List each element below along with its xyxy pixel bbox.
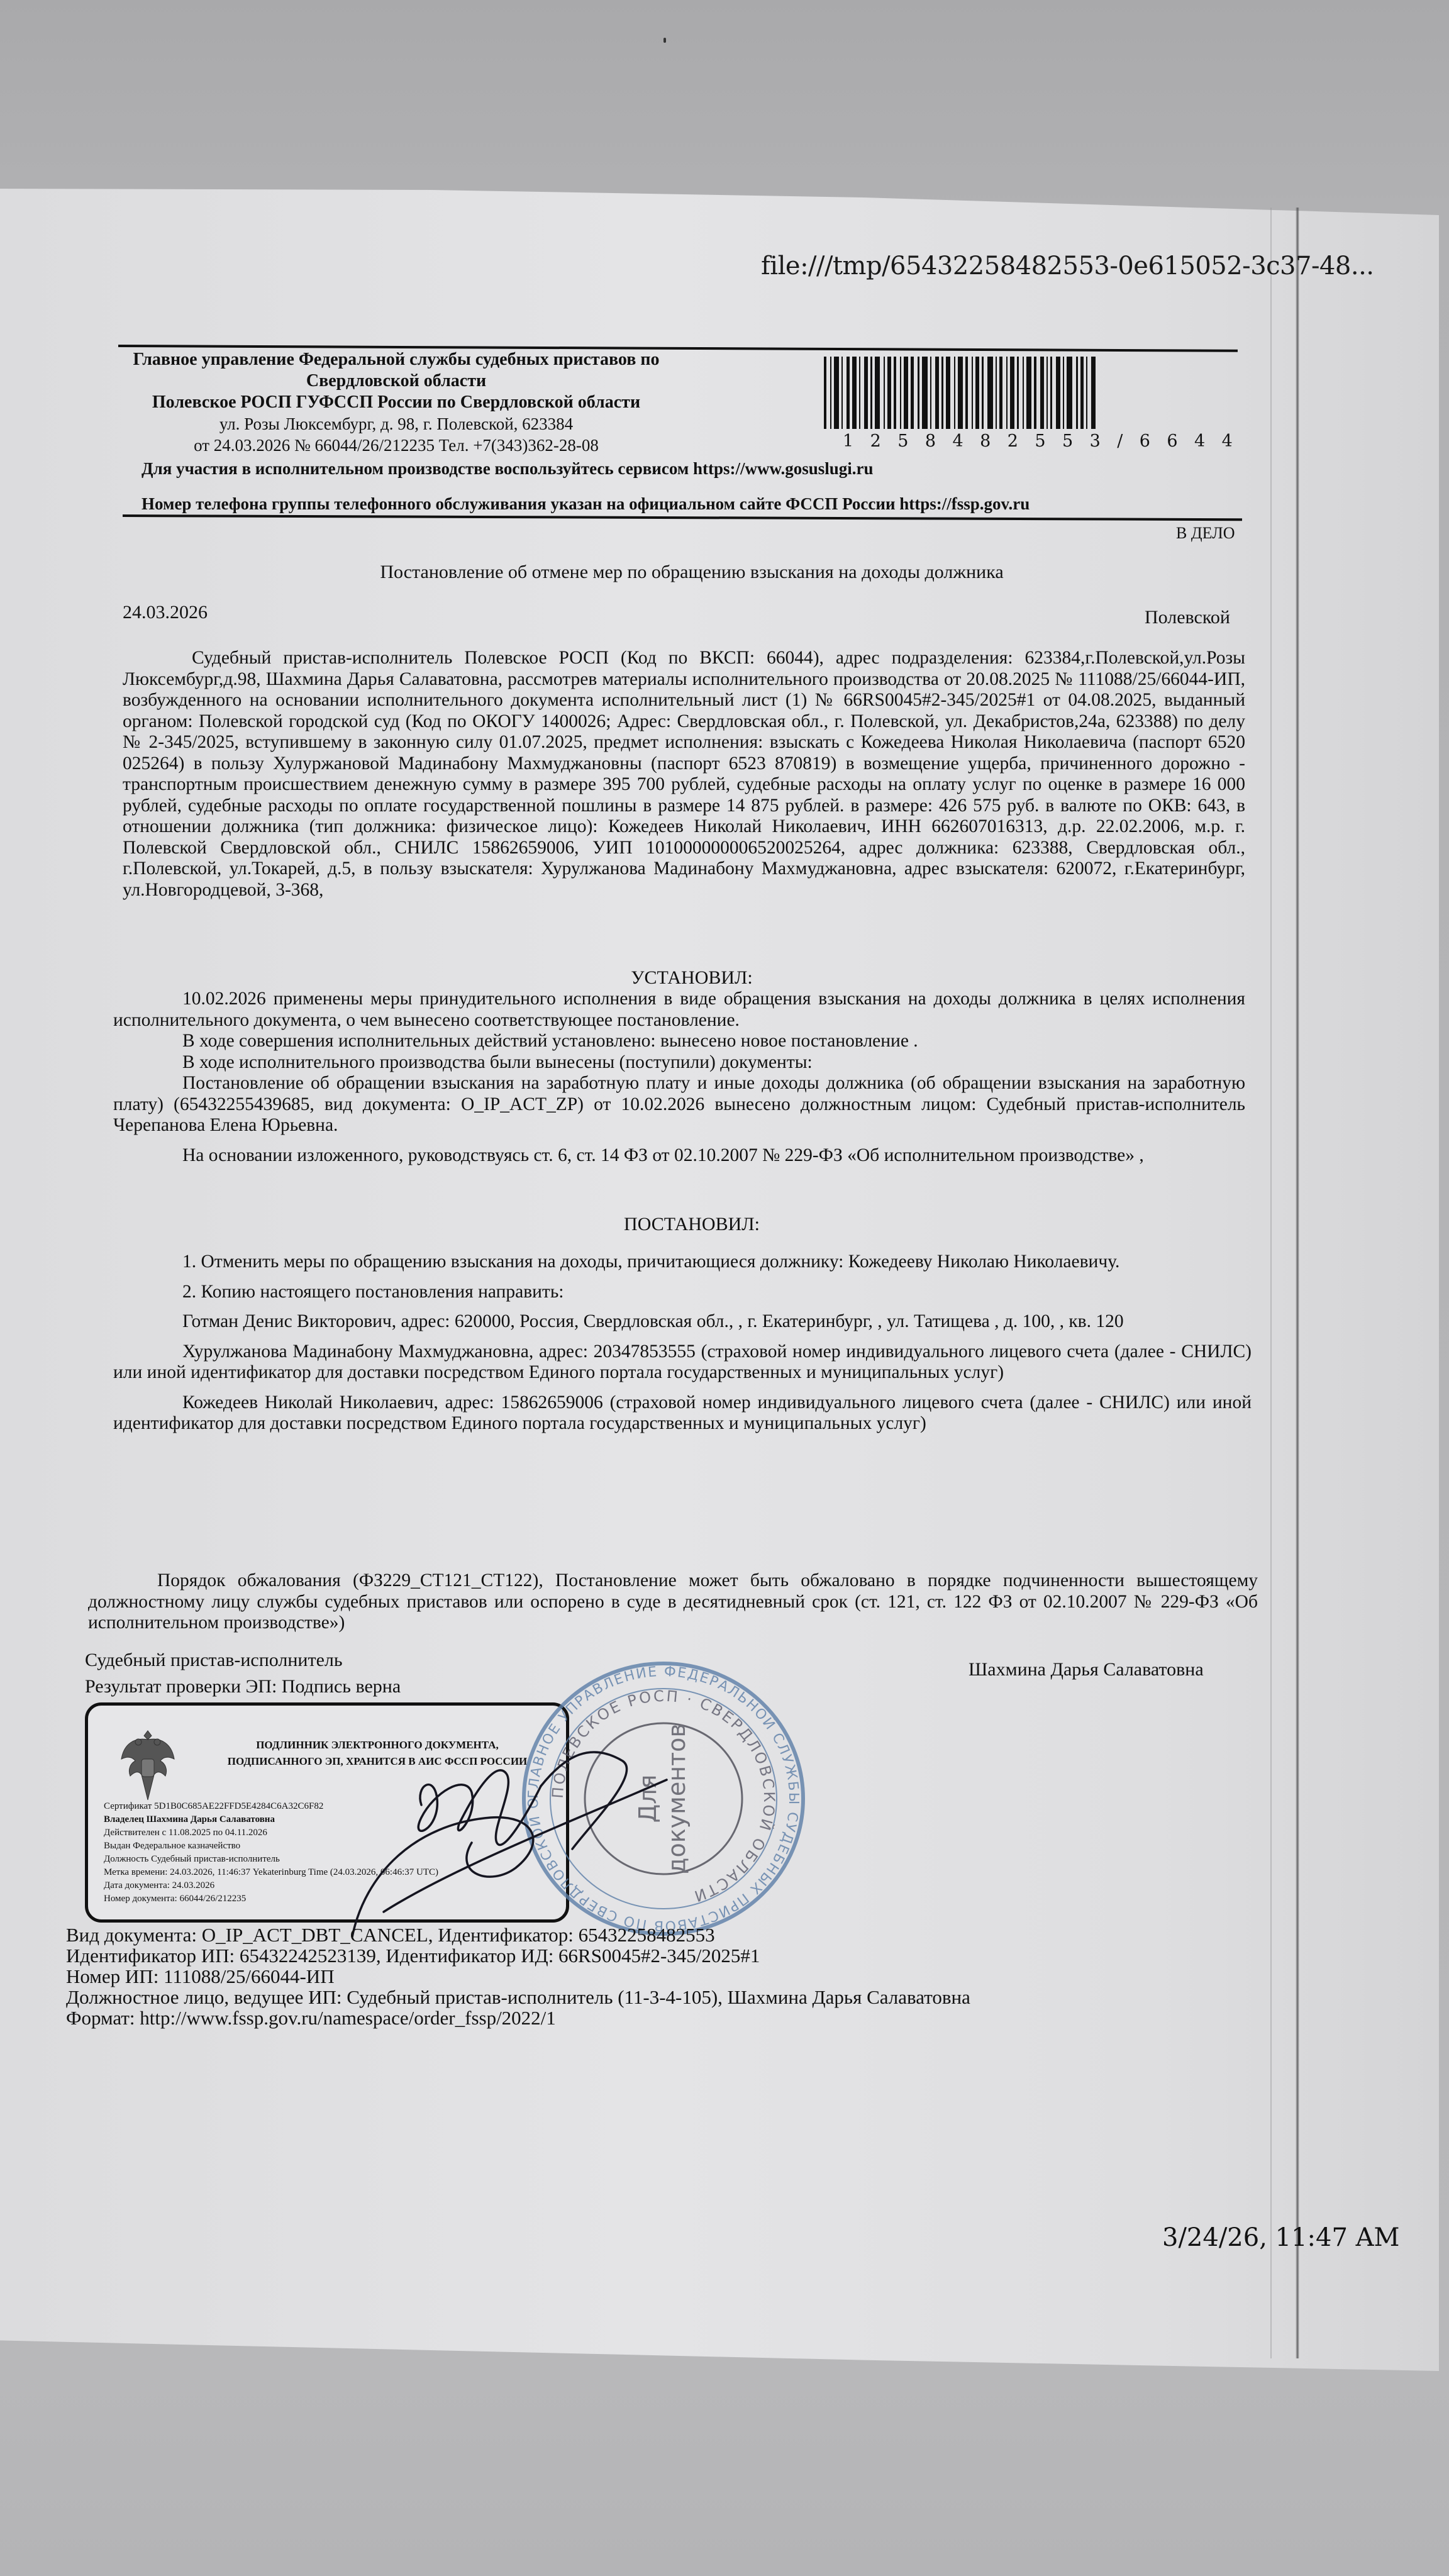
fssp-phone-notice: Номер телефона группы телефонного обслуж…: [142, 494, 1030, 514]
barcode-digit: 4: [953, 431, 963, 451]
postanovil-item: 2. Копию настоящего постановления направ…: [113, 1282, 1252, 1303]
proceeding-identifiers: Идентификатор ИП: 65432242523139, Иденти…: [66, 1945, 970, 1966]
proceeding-number: Номер ИП: 111088/25/66044-ИП: [66, 1966, 970, 1987]
department-name: Полевское РОСП ГУФССП России по Свердлов…: [119, 392, 673, 413]
barcode-digit: 6: [1167, 431, 1177, 451]
format-link: Формат: http://www.fssp.gov.ru/namespace…: [66, 2007, 970, 2028]
signature-check-result: Результат проверки ЭП: Подпись верна: [85, 1676, 401, 1697]
russian-coat-of-arms-icon: [116, 1724, 179, 1806]
org-name-line2: Свердловской области: [119, 370, 673, 392]
org-name-line1: Главное управление Федеральной службы су…: [119, 349, 673, 370]
ustanovil-section: 10.02.2026 применены меры принудительног…: [113, 989, 1245, 1166]
reference-line: от 24.03.2026 № 66044/26/212235 Тел. +7(…: [119, 435, 673, 456]
letterhead: Главное управление Федеральной службы су…: [119, 349, 673, 456]
barcode-digit: 5: [897, 431, 908, 451]
signer-name: Шахмина Дарья Салаватовна: [969, 1659, 1204, 1680]
document-metadata: Вид документа: O_IP_ACT_DBT_CANCEL, Иден…: [66, 1924, 970, 2028]
ustanovil-paragraph: На основании изложенного, руководствуясь…: [113, 1145, 1245, 1167]
barcode-digit: 2: [870, 431, 881, 451]
barcode-digit: 2: [1008, 431, 1018, 451]
v-delo-mark: В ДЕЛО: [1176, 524, 1235, 543]
barcode-digit: 8: [925, 431, 936, 451]
postanovil-section: 1. Отменить меры по обращению взыскания …: [113, 1252, 1252, 1443]
responsible-official: Должностное лицо, ведущее ИП: Судебный п…: [66, 1987, 970, 2007]
recipient-item: Готман Денис Викторович, адрес: 620000, …: [113, 1311, 1252, 1333]
paper-fold-shadow: [1296, 208, 1299, 2358]
barcode-digit: /: [1117, 431, 1123, 451]
postanovil-heading: ПОСТАНОВИЛ:: [0, 1214, 1384, 1235]
browser-print-url: file:///tmp/65432258482553-0e615052-3c37…: [761, 252, 1374, 280]
ustanovil-heading: УСТАНОВИЛ:: [0, 967, 1384, 989]
recipient-item: Хурулжанова Мадинабону Махмуджановна, ад…: [113, 1341, 1252, 1384]
barcode-digit: 3: [1090, 431, 1101, 451]
gosuslugi-notice: Для участия в исполнительном производств…: [142, 459, 874, 479]
department-address: ул. Розы Люксембург, д. 98, г. Полевской…: [119, 413, 673, 435]
print-timestamp: 3/24/26, 11:47 AM: [1162, 2223, 1399, 2252]
barcode: [824, 357, 1233, 429]
barcode-digit: 8: [980, 431, 991, 451]
ustanovil-paragraph: Постановление об обращении взыскания на …: [113, 1073, 1245, 1136]
recipient-item: Кожедеев Николай Николаевич, адрес: 1586…: [113, 1392, 1252, 1435]
barcode-digit: 1: [843, 431, 853, 451]
dust-speck: [663, 38, 666, 43]
ustanovil-paragraph: В ходе исполнительного производства были…: [113, 1052, 1245, 1074]
barcode-digits: 1258482553/6644: [843, 431, 1233, 451]
document-date: 24.03.2026: [123, 602, 208, 623]
handwritten-signature-icon: [327, 1748, 679, 1937]
paper-crease: [1270, 208, 1272, 2358]
barcode-digit: 5: [1062, 431, 1073, 451]
document-title: Постановление об отмене мер по обращению…: [0, 562, 1384, 583]
barcode-digit: 4: [1222, 431, 1233, 451]
barcode-digit: 4: [1194, 431, 1205, 451]
document-kind: Вид документа: O_IP_ACT_DBT_CANCEL, Иден…: [66, 1924, 970, 1945]
signer-role: Судебный пристав-исполнитель: [85, 1650, 343, 1671]
ustanovil-paragraph: В ходе совершения исполнительных действи…: [113, 1031, 1245, 1052]
intro-paragraph: Судебный пристав-исполнитель Полевское Р…: [123, 648, 1245, 901]
postanovil-item: 1. Отменить меры по обращению взыскания …: [113, 1252, 1252, 1273]
barcode-digit: 6: [1140, 431, 1150, 451]
appeal-procedure: Порядок обжалования (ФЗ229_СТ121_СТ122),…: [88, 1570, 1258, 1634]
document-city: Полевской: [1145, 607, 1230, 628]
ustanovil-paragraph: 10.02.2026 применены меры принудительног…: [113, 989, 1245, 1031]
barcode-digit: 5: [1035, 431, 1045, 451]
